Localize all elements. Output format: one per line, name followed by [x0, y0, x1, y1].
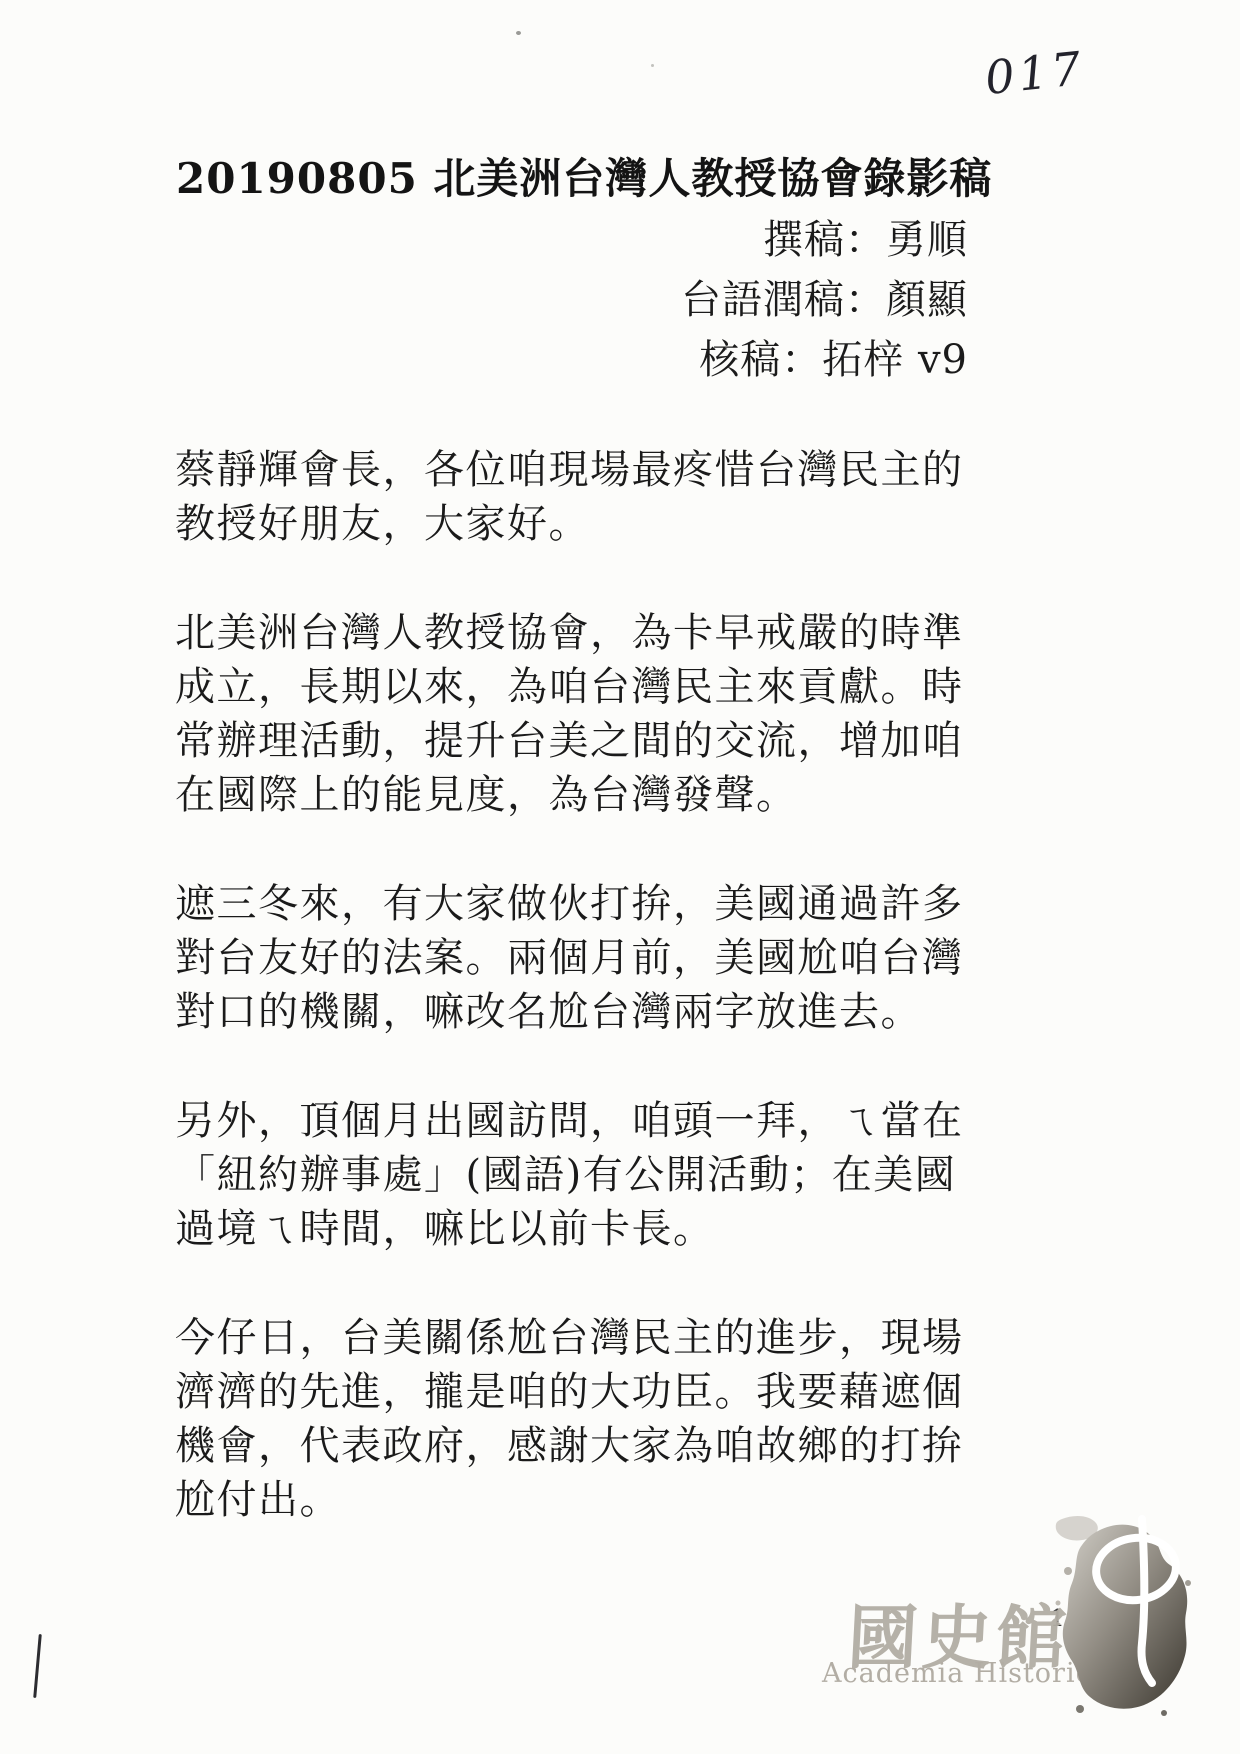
ink-splash-graphic [1038, 1513, 1196, 1718]
text-line: 對台友好的法案。兩個月前，美國尬咱台灣 [175, 931, 975, 985]
paragraph: 今仔日，台美關係尬台灣民主的進步，現場 濟濟的先進，攏是咱的大功臣。我要藉遮個 … [175, 1311, 975, 1527]
text-line: 教授好朋友，大家好。 [175, 497, 975, 551]
text-line: 蔡靜輝會長，各位咱現場最疼惜台灣民主的 [175, 443, 975, 497]
byline-reviewer: 核稿：拓梓 v9 [681, 330, 968, 390]
paragraph: 蔡靜輝會長，各位咱現場最疼惜台灣民主的 教授好朋友，大家好。 [175, 443, 975, 551]
pen-stroke-mark [33, 1634, 42, 1698]
scan-speck [516, 31, 521, 35]
paragraph: 遮三冬來，有大家做伙打拚，美國通過許多 對台友好的法案。兩個月前，美國尬咱台灣 … [175, 877, 975, 1039]
byline-drafter: 撰稿：勇順 [681, 210, 968, 270]
text-line: 成立，長期以來，為咱台灣民主來貢獻。時 [175, 660, 975, 714]
scanned-document-page: 017 20190805 北美洲台灣人教授協會錄影稿 撰稿：勇順 台語潤稿：顏顯… [0, 0, 1240, 1754]
paragraph: 另外，頂個月出國訪問，咱頭一拜，ㄟ當在 「紐約辦事處」(國語)有公開活動；在美國… [175, 1094, 975, 1256]
handwritten-page-code: 017 [982, 41, 1087, 105]
scan-speck [651, 64, 654, 67]
document-title: 20190805 北美洲台灣人教授協會錄影稿 [176, 146, 992, 206]
text-line: 濟濟的先進，攏是咱的大功臣。我要藉遮個 [175, 1365, 975, 1419]
text-line: 「紐約辦事處」(國語)有公開活動；在美國 [175, 1148, 975, 1202]
byline-taiwanese-editor: 台語潤稿：顏顯 [681, 270, 968, 330]
text-line: 今仔日，台美關係尬台灣民主的進步，現場 [175, 1311, 975, 1365]
text-line: 尬付出。 [175, 1473, 975, 1527]
text-line: 在國際上的能見度，為台灣發聲。 [175, 768, 975, 822]
text-line: 對口的機關，嘛改名尬台灣兩字放進去。 [175, 985, 975, 1039]
speech-body: 蔡靜輝會長，各位咱現場最疼惜台灣民主的 教授好朋友，大家好。 北美洲台灣人教授協… [175, 443, 975, 1582]
text-line: 機會，代表政府，感謝大家為咱故鄉的打拚 [175, 1419, 975, 1473]
text-line: 常辦理活動，提升台美之間的交流，增加咱 [175, 714, 975, 768]
paragraph: 北美洲台灣人教授協會，為卡早戒嚴的時準 成立，長期以來，為咱台灣民主來貢獻。時 … [175, 606, 975, 822]
text-line: 北美洲台灣人教授協會，為卡早戒嚴的時準 [175, 606, 975, 660]
text-line: 遮三冬來，有大家做伙打拚，美國通過許多 [175, 877, 975, 931]
byline-block: 撰稿：勇順 台語潤稿：顏顯 核稿：拓梓 v9 [681, 210, 968, 390]
text-line: 過境ㄟ時間，嘛比以前卡長。 [175, 1202, 975, 1256]
text-line: 另外，頂個月出國訪問，咱頭一拜，ㄟ當在 [175, 1094, 975, 1148]
